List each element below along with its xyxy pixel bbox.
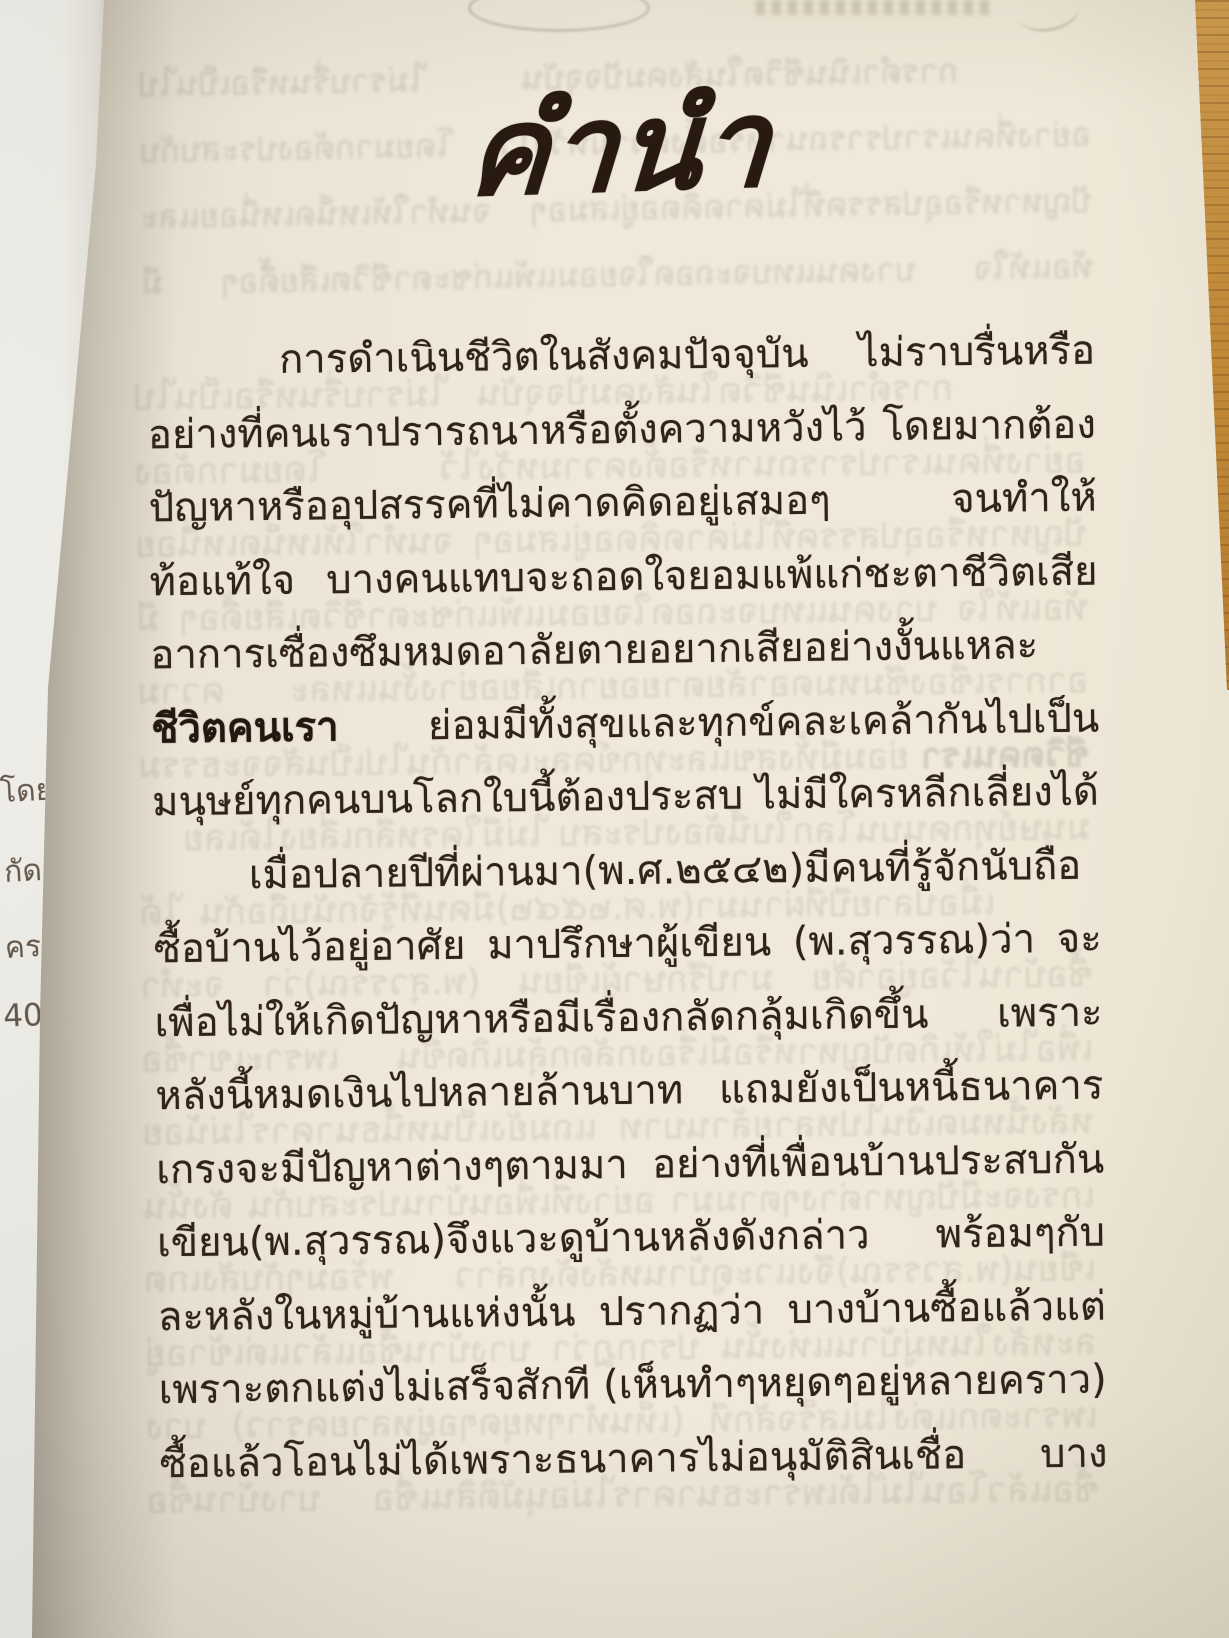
text-line: เพื่อไม่ให้เกิดปัญหาหรือมีเรื่องกลัดกลุ้…: [154, 976, 1103, 1060]
bleed-through-swirl: [1015, 0, 1084, 37]
text-line: อาการเซื่องซึมหมดอาลัยตายอยากเสียอย่างงั…: [150, 609, 1099, 693]
text-line: ชีวิตคนเรา ย่อมมีทั้งสุขและทุกข์คละเคล้า…: [151, 682, 1100, 766]
bleed-through-stamp: [468, 0, 650, 32]
text-line: เมื่อปลายปีที่ผ่านมา(พ.ศ.๒๕๔๒)มีคนที่รู้…: [152, 829, 1101, 913]
text-line: เกรงจะมีปัญหาต่างๆตามมา อย่างที่เพื่อนบ้…: [156, 1123, 1105, 1207]
facing-page-fragment: กัด: [0, 847, 47, 896]
body-text: การดำเนินชีวิตในสังคมปัจจุบัน ไม่ราบรื่น…: [147, 315, 1108, 1502]
book-page: การดำเนินชีวิตในสังคมปัจจุบัน ไม่ราบรื่น…: [0, 0, 1229, 1638]
text-line: มนุษย์ทุกคนบนโลกใบนี้ต้องประสบ ไม่มีใครห…: [152, 756, 1101, 840]
text-line: ท้อแท้ใจ บางคนแทบจะถอดใจยอมแพ้แก่ชะตาชีว…: [149, 535, 1098, 619]
text-line: เพราะตกแต่งไม่เสร็จสักที (เห็นทำๆหยุดๆอย…: [158, 1344, 1107, 1428]
facing-page-fragment: โดย: [0, 767, 47, 816]
book-photo: การดำเนินชีวิตในสังคมปัจจุบัน ไม่ราบรื่น…: [0, 0, 1229, 1638]
facing-page-fragment: คร: [0, 923, 47, 972]
text-line: ปัญหาหรืออุปสรรคที่ไม่คาดคิดอยู่เสมอๆ จน…: [148, 462, 1097, 546]
text-line: หลังนี้หมดเงินไปหลายล้านบาท แถมยังเป็นหน…: [155, 1050, 1104, 1134]
text-line: อย่างที่คนเราปรารถนาหรือตั้งความหวังไว้ …: [147, 388, 1096, 472]
page-title: คำนำ: [139, 47, 1098, 248]
text-line: ละหลังในหมู่บ้านแห่งนั้น ปรากฏว่า บางบ้า…: [158, 1270, 1107, 1354]
text-line: ซื้อแล้วโอนไม่ได้เพราะธนาคารไม่อนุมัติสิ…: [159, 1417, 1108, 1501]
text-line: เขียน(พ.สุวรรณ)จึงแวะดูบ้านหลังดังกล่าว …: [157, 1197, 1106, 1281]
text-line: ซื้อบ้านไว้อยู่อาศัย มาปรึกษาผู้เขียน (พ…: [153, 903, 1102, 987]
bleed-through-header: [756, 0, 994, 15]
text-line: การดำเนินชีวิตในสังคมปัจจุบัน ไม่ราบรื่น…: [147, 315, 1096, 399]
